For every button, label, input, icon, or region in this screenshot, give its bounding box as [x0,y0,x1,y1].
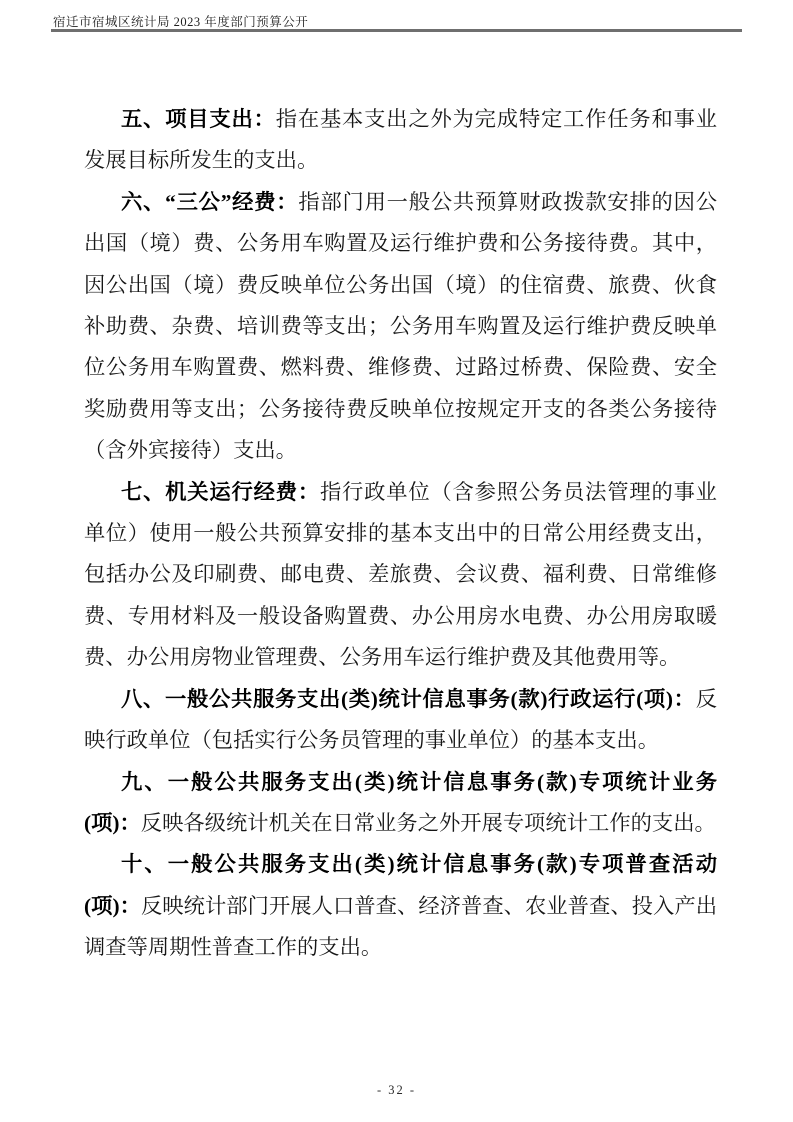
document-body: 五、项目支出：指在基本支出之外为完成特定工作任务和事业发展目标所发生的支出。 六… [84,99,717,969]
paragraph-admin-operation: 八、一般公共服务支出(类)统计信息事务(款)行政运行(项)：反映行政单位（包括实… [84,679,717,762]
paragraph-heading: 七、机关运行经费： [121,480,320,504]
paragraph-text: 反映统计部门开展人口普查、经济普查、农业普查、投入产出调查等周期性普查工作的支出… [84,894,717,959]
paragraph-census-activities: 十、一般公共服务支出(类)统计信息事务(款)专项普查活动(项)：反映统计部门开展… [84,844,717,968]
paragraph-sangong-funds: 六、“三公”经费：指部门用一般公共预算财政拨款安排的因公出国（境）费、公务用车购… [84,182,717,472]
paragraph-text: 指部门用一般公共预算财政拨款安排的因公出国（境）费、公务用车购置及运行维护费和公… [84,190,717,462]
page-header-title: 宿迁市宿城区统计局 2023 年度部门预算公开 [53,12,308,30]
page-number: - 32 - [0,1083,793,1098]
paragraph-agency-operating-funds: 七、机关运行经费：指行政单位（含参照公务员法管理的事业单位）使用一般公共预算安排… [84,472,717,679]
paragraph-special-statistics: 九、一般公共服务支出(类)统计信息事务(款)专项统计业务(项)：反映各级统计机关… [84,762,717,845]
paragraph-heading: 六、“三公”经费： [121,190,298,214]
header-divider [51,29,742,32]
paragraph-item-5: 五、项目支出：指在基本支出之外为完成特定工作任务和事业发展目标所发生的支出。 [84,99,717,182]
document-page: 宿迁市宿城区统计局 2023 年度部门预算公开 五、项目支出：指在基本支出之外为… [0,0,793,1122]
paragraph-heading: 五、项目支出： [121,107,276,131]
paragraph-text: 指行政单位（含参照公务员法管理的事业单位）使用一般公共预算安排的基本支出中的日常… [84,480,717,670]
paragraph-heading: 八、一般公共服务支出(类)统计信息事务(款)行政运行(项)： [121,687,696,711]
paragraph-text: 反映各级统计机关在日常业务之外开展专项统计工作的支出。 [141,811,716,835]
